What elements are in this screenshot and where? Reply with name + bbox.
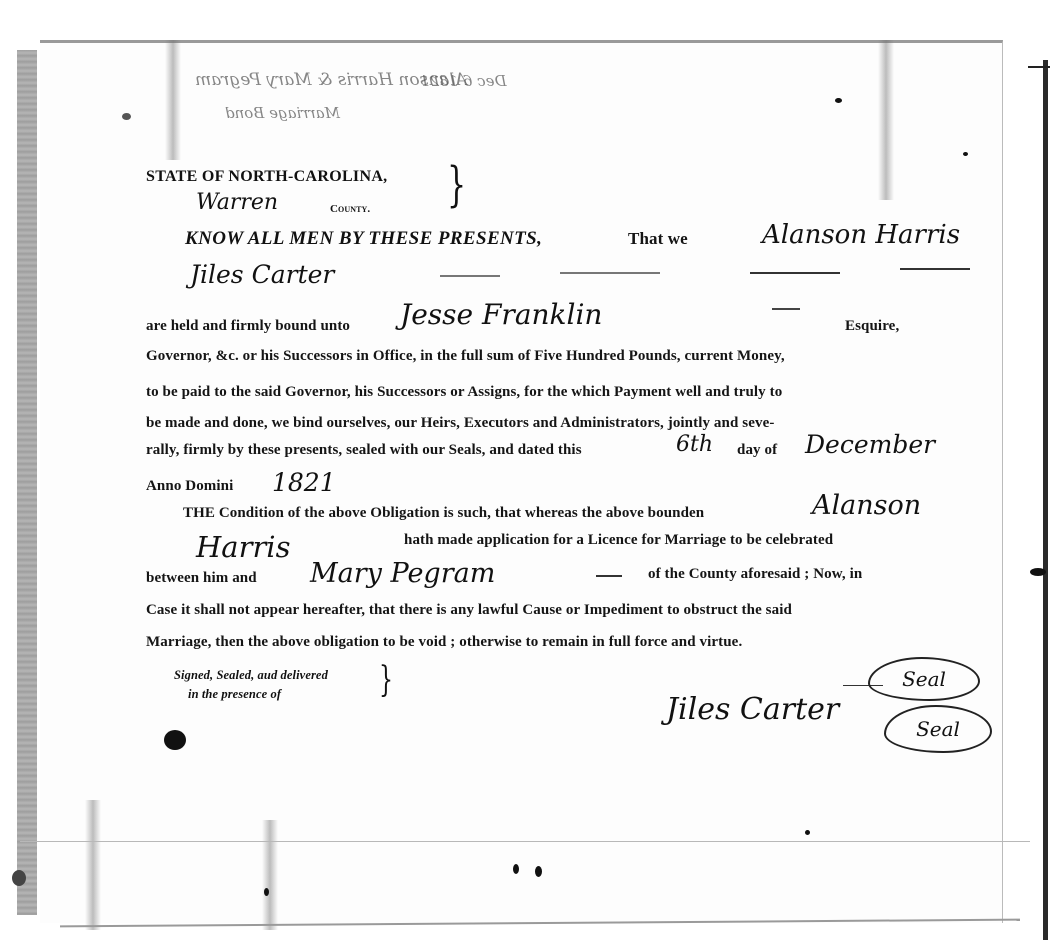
ink-speck <box>963 152 968 156</box>
blank-rule <box>900 268 970 270</box>
fold-crease <box>85 800 101 930</box>
blank-rule <box>596 575 622 577</box>
fold-line <box>20 841 1030 842</box>
bond-line-5: rally, firmly by these presents, sealed … <box>146 442 582 459</box>
anno-domini-text: Anno Domini <box>146 478 233 495</box>
bleed-text: Dec 6 1821 <box>420 72 507 90</box>
ink-speck <box>805 830 810 835</box>
groom-last-name-handwritten: Harris <box>196 530 290 564</box>
blank-rule <box>440 275 500 277</box>
fold-crease <box>165 40 181 160</box>
held-bound-text: are held and firmly bound unto <box>146 318 350 335</box>
edge-mark <box>1028 66 1050 68</box>
year-handwritten: 1821 <box>272 468 336 497</box>
fold-crease <box>878 40 894 200</box>
surety-name-handwritten: Jiles Carter <box>190 260 334 289</box>
seal-1: Seal <box>868 657 980 701</box>
condition-line-4: Case it shall not appear hereafter, that… <box>146 602 792 619</box>
blank-rule <box>560 272 660 274</box>
governor-name-handwritten: Jesse Franklin <box>400 298 602 331</box>
that-we: That we <box>628 229 688 249</box>
ink-speck <box>835 98 842 103</box>
heading-brace: } <box>447 158 466 214</box>
ink-blot <box>164 730 186 750</box>
day-handwritten: 6th <box>676 432 713 457</box>
in-presence-of: in the presence of <box>188 687 281 702</box>
ink-speck <box>12 870 26 886</box>
seal-label: Seal <box>916 717 960 741</box>
ink-speck <box>535 866 542 877</box>
ink-speck <box>513 864 519 874</box>
ink-speck <box>122 113 131 120</box>
seal-label: Seal <box>902 667 946 691</box>
bond-line-2: Governor, &c. or his Successors in Offic… <box>146 348 785 365</box>
seal-2: Seal <box>884 705 992 753</box>
blank-rule <box>772 308 800 310</box>
bleed-text: Marriage Bond <box>225 104 340 122</box>
witness-brace: } <box>379 661 393 701</box>
surety-signature: Jiles Carter <box>666 692 839 727</box>
county-aforesaid-text: of the County aforesaid ; Now, in <box>648 566 862 583</box>
county-label: County. <box>330 203 370 215</box>
blank-rule <box>750 272 840 274</box>
condition-line-5: Marriage, then the above obligation to b… <box>146 634 742 651</box>
groom-first-name-handwritten: Alanson <box>812 490 921 521</box>
bond-line-4: be made and done, we bind ourselves, our… <box>146 415 774 432</box>
between-text: between him and <box>146 570 257 587</box>
county-name-handwritten: Warren <box>196 190 278 215</box>
condition-line-1: THE Condition of the above Obligation is… <box>183 505 704 522</box>
state-heading: STATE OF NORTH-CAROLINA, <box>146 168 387 186</box>
ink-speck <box>264 888 269 896</box>
signed-sealed-delivered: Signed, Sealed, aud delivered <box>174 668 328 683</box>
day-of-text: day of <box>737 442 777 459</box>
esquire-text: Esquire, <box>845 318 899 335</box>
bride-name-handwritten: Mary Pegram <box>310 558 495 589</box>
bond-line-3: to be paid to the said Governor, his Suc… <box>146 384 782 401</box>
fold-crease <box>262 820 278 930</box>
condition-line-2: hath made application for a Licence for … <box>404 532 833 549</box>
know-all-men: KNOW ALL MEN BY THESE PRESENTS, <box>185 228 542 250</box>
principal-name-handwritten: Alanson Harris <box>762 220 960 250</box>
right-page-edge <box>1043 60 1048 940</box>
month-handwritten: December <box>805 430 935 459</box>
left-binding-shadow <box>17 50 37 915</box>
ink-speck <box>1030 568 1046 576</box>
